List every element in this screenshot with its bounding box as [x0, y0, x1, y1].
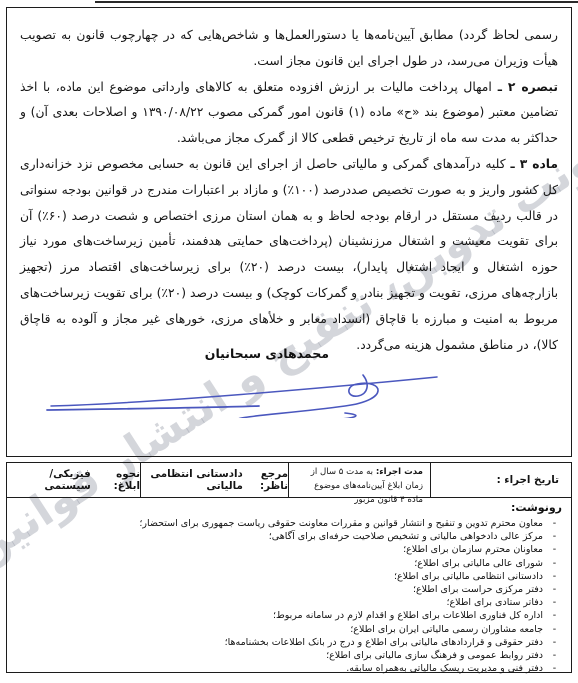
list-item-text: دفتر حقوقی و قراردادهای مالیاتی برای اطل…: [225, 636, 543, 649]
bullet-dash: -: [550, 530, 559, 543]
maddeh-3-label: ماده ۳ ـ: [506, 157, 558, 171]
list-item: -دادستانی انتظامی مالیاتی برای اطلاع؛: [15, 570, 559, 583]
bullet-dash: -: [550, 570, 559, 583]
list-item-text: دفتر مرکزی حراست برای اطلاع؛: [413, 583, 543, 596]
list-item-text: معاونان محترم سازمان برای اطلاع؛: [403, 543, 543, 556]
document-body-frame: رسمی لحاظ گردد) مطابق آیین‌نامه‌ها یا دس…: [6, 7, 572, 457]
list-item-text: شورای عالی مالیاتی برای اطلاع؛: [414, 557, 543, 570]
bullet-dash: -: [550, 609, 559, 622]
list-item-text: دفتر روابط عمومی و فرهنگ سازی مالیاتی بر…: [326, 649, 543, 662]
signature-name: محمدهادی سبحانیان: [205, 346, 329, 361]
execution-duration-label: مدت اجراء:: [376, 467, 423, 477]
execution-date-cell: تاریخ اجراء :: [430, 463, 571, 497]
list-item: -دفتر فنی و مدیریت ریسک مالیاتی به‌همراه…: [15, 662, 559, 675]
tabsereh-2-text: امهال پرداخت مالیات بر ارزش افزوده متعلق…: [20, 80, 558, 146]
list-item: -مرکز عالی دادخواهی مالیاتی و تشخیص صلاح…: [15, 530, 559, 543]
list-item-text: اداره کل فناوری اطلاعات برای اطلاع و اقد…: [273, 609, 543, 622]
maddeh-3-text: کلیه درآمدهای گمرکی و مالیاتی حاصل از اج…: [20, 157, 558, 352]
distribution-heading: رونوشت:: [15, 501, 562, 514]
bullet-dash: -: [550, 649, 559, 662]
paragraph-tabsereh-2: تبصره ۲ ـ امهال پرداخت مالیات بر ارزش اف…: [20, 75, 558, 152]
execution-duration-cell: مدت اجراء: به مدت ۵ سال از زمان ابلاغ آی…: [288, 463, 430, 497]
bullet-dash: -: [550, 662, 559, 675]
scan-edge-artifact: [95, 1, 578, 3]
handwritten-signature-icon: [45, 364, 445, 418]
list-item-text: دفتر فنی و مدیریت ریسک مالیاتی به‌همراه …: [346, 662, 543, 675]
list-item: -معاونان محترم سازمان برای اطلاع؛: [15, 543, 559, 556]
list-item: -دفتر روابط عمومی و فرهنگ سازی مالیاتی ب…: [15, 649, 559, 662]
supervising-authority-cell: مرجع ناظر: دادستانی انتظامی مالیاتی: [140, 463, 288, 497]
list-item: -شورای عالی مالیاتی برای اطلاع؛: [15, 557, 559, 570]
list-item-text: جامعه مشاوران رسمی مالیاتی ایران برای اط…: [350, 623, 543, 636]
supervising-authority-label: مرجع ناظر:: [243, 468, 288, 492]
notification-method-cell: نحوه ابلاغ: فیزیکی/ سیستمی: [7, 463, 140, 497]
tabsereh-2-label: تبصره ۲ ـ: [492, 80, 558, 94]
list-item: -دفتر حقوقی و قراردادهای مالیاتی برای اط…: [15, 636, 559, 649]
distribution-list: -معاون محترم تدوین و تنقیح و انتشار قوان…: [15, 517, 562, 675]
bullet-dash: -: [550, 596, 559, 609]
bullet-dash: -: [550, 583, 559, 596]
list-item-text: معاون محترم تدوین و تنقیح و انتشار قوانی…: [139, 517, 543, 530]
supervising-authority-value: دادستانی انتظامی مالیاتی: [141, 468, 243, 492]
list-item-text: مرکز عالی دادخواهی مالیاتی و تشخیص صلاحی…: [269, 530, 543, 543]
bullet-dash: -: [550, 623, 559, 636]
distribution-section: رونوشت: -معاون محترم تدوین و تنقیح و انت…: [6, 497, 572, 673]
list-item: -جامعه مشاوران رسمی مالیاتی ایران برای ا…: [15, 623, 559, 636]
list-item-text: دفاتر ستادی برای اطلاع؛: [446, 596, 543, 609]
bullet-dash: -: [550, 636, 559, 649]
bullet-dash: -: [550, 517, 559, 530]
list-item: -معاون محترم تدوین و تنقیح و انتشار قوان…: [15, 517, 559, 530]
list-item: -دفتر مرکزی حراست برای اطلاع؛: [15, 583, 559, 596]
paragraph-maddeh-3: ماده ۳ ـ کلیه درآمدهای گمرکی و مالیاتی ح…: [20, 152, 558, 358]
metadata-table: تاریخ اجراء : مدت اجراء: به مدت ۵ سال از…: [6, 462, 572, 498]
bullet-dash: -: [550, 543, 559, 556]
bullet-dash: -: [550, 557, 559, 570]
body-text: رسمی لحاظ گردد) مطابق آیین‌نامه‌ها یا دس…: [20, 23, 558, 358]
execution-date-label: تاریخ اجراء :: [497, 474, 559, 486]
list-item: -دفاتر ستادی برای اطلاع؛: [15, 596, 559, 609]
scanned-legal-document-page: { "watermark": { "text": "معاونت تدوین، …: [0, 0, 578, 683]
notification-method-value: فیزیکی/ سیستمی: [7, 468, 91, 492]
list-item: -اداره کل فناوری اطلاعات برای اطلاع و اق…: [15, 609, 559, 622]
notification-method-label: نحوه ابلاغ:: [91, 468, 140, 492]
list-item-text: دادستانی انتظامی مالیاتی برای اطلاع؛: [394, 570, 543, 583]
paragraph-continuation: رسمی لحاظ گردد) مطابق آیین‌نامه‌ها یا دس…: [20, 23, 558, 75]
